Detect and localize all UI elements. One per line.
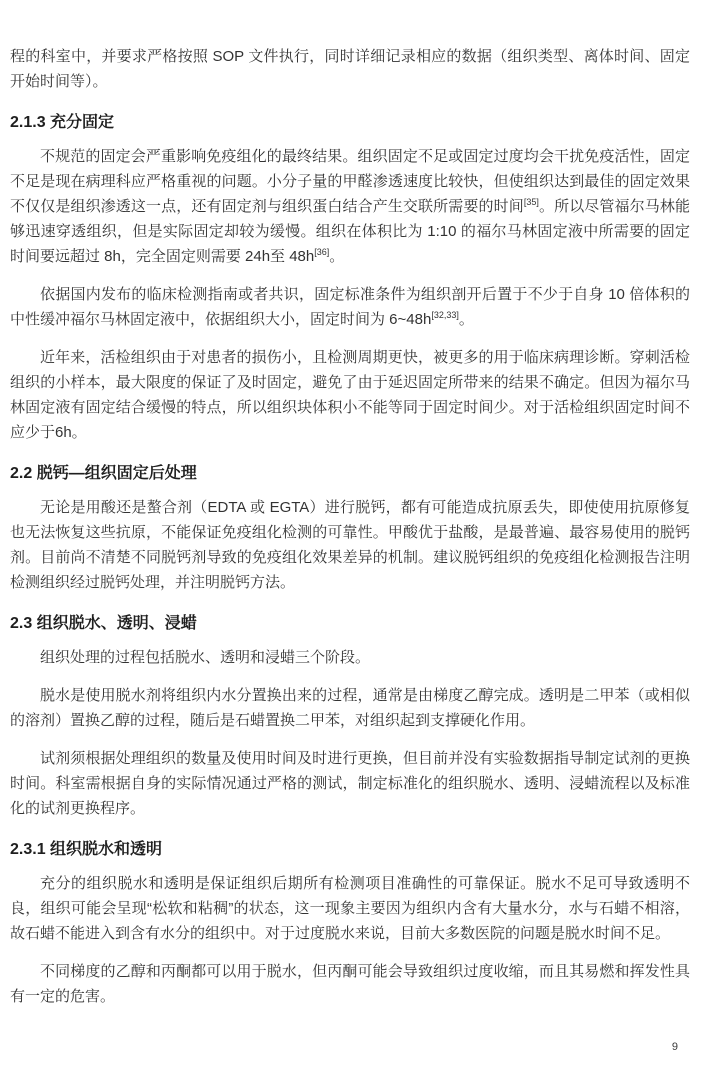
paragraph-reagent-replacement: 试剂须根据处理组织的数量及使用时间及时进行更换，但目前并没有实验数据指导制定试剂… bbox=[10, 746, 690, 821]
document-page: 程的科室中，并要求严格按照 SOP 文件执行，同时详细记录相应的数据（组织类型、… bbox=[0, 0, 700, 1083]
paragraph-dehydration-quality: 充分的组织脱水和透明是保证组织后期所有检测项目准确性的可靠保证。脱水不足可导致透… bbox=[10, 871, 690, 946]
document-body: 程的科室中，并要求严格按照 SOP 文件执行，同时详细记录相应的数据（组织类型、… bbox=[10, 44, 690, 1009]
paragraph-ethanol-acetone: 不同梯度的乙醇和丙酮都可以用于脱水，但丙酮可能会导致组织过度收缩，而且其易燃和挥… bbox=[10, 959, 690, 1009]
paragraph-processing-stages: 组织处理的过程包括脱水、透明和浸蜡三个阶段。 bbox=[10, 645, 690, 670]
citation-ref: [36] bbox=[314, 247, 329, 257]
page-number: 9 bbox=[672, 1040, 678, 1054]
heading-2-3-1: 2.3.1 组织脱水和透明 bbox=[10, 837, 690, 862]
paragraph-fixation-quality: 不规范的固定会严重影响免疫组化的最终结果。组织固定不足或固定过度均会干扰免疫活性… bbox=[10, 144, 690, 269]
heading-2-2: 2.2 脱钙—组织固定后处理 bbox=[10, 461, 690, 486]
citation-ref: [32,33] bbox=[431, 310, 459, 320]
paragraph-fixation-standard: 依据国内发布的临床检测指南或者共识，固定标准条件为组织剖开后置于不少于自身 10… bbox=[10, 282, 690, 332]
paragraph-decalcification: 无论是用酸还是螯合剂（EDTA 或 EGTA）进行脱钙，都有可能造成抗原丢失，即… bbox=[10, 495, 690, 595]
heading-2-1-3: 2.1.3 充分固定 bbox=[10, 110, 690, 135]
paragraph-dehydration-clearing: 脱水是使用脱水剂将组织内水分置换出来的过程，通常是由梯度乙醇完成。透明是二甲苯（… bbox=[10, 683, 690, 733]
heading-2-3: 2.3 组织脱水、透明、浸蜡 bbox=[10, 611, 690, 636]
paragraph-biopsy-fixation: 近年来，活检组织由于对患者的损伤小，且检测周期更快，被更多的用于临床病理诊断。穿… bbox=[10, 345, 690, 445]
citation-ref: [35] bbox=[524, 197, 539, 207]
paragraph-sop-records: 程的科室中，并要求严格按照 SOP 文件执行，同时详细记录相应的数据（组织类型、… bbox=[10, 44, 690, 94]
